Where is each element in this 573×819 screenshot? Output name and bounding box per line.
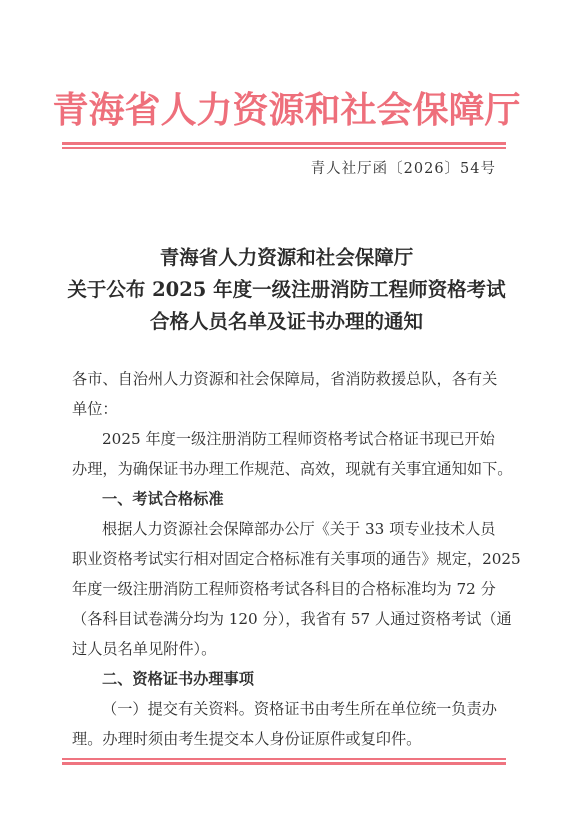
section1-line: 根据人力资源社会保障部办公厅《关于 33 项专业技术人员 xyxy=(72,514,502,544)
section2-line: 理。办理时须由考生提交本人身份证原件或复印件。 xyxy=(72,724,502,754)
footer-rule-thin xyxy=(62,758,506,760)
addressee-line: 单位： xyxy=(72,394,502,424)
document-number: 青人社厅函〔2026〕54号 xyxy=(0,158,496,180)
title-line-2: 关于公布 2025 年度一级注册消防工程师资格考试 xyxy=(0,274,573,306)
section1-line: 过人员名单见附件）。 xyxy=(72,634,502,664)
section1-line: 职业资格考试实行相对固定合格标准有关事项的通告》规定，2025 xyxy=(72,544,502,574)
section-heading-2: 二、资格证书办理事项 xyxy=(72,664,502,694)
addressee-line: 各市、自治州人力资源和社会保障局，省消防救援总队，各有关 xyxy=(72,364,502,394)
section2-line: （一）提交有关资料。资格证书由考生所在单位统一负责办 xyxy=(72,694,502,724)
title-line-3: 合格人员名单及证书办理的通知 xyxy=(0,306,573,338)
letterhead-rule-thick xyxy=(62,142,506,145)
document-title: 青海省人力资源和社会保障厅 关于公布 2025 年度一级注册消防工程师资格考试 … xyxy=(0,242,573,338)
document-body: 各市、自治州人力资源和社会保障局，省消防救援总队，各有关 单位： 2025 年度… xyxy=(72,364,502,754)
intro-paragraph: 2025 年度一级注册消防工程师资格考试合格证书现已开始 办理，为确保证书办理工… xyxy=(72,424,502,484)
title-line-1: 青海省人力资源和社会保障厅 xyxy=(0,242,573,274)
section1-line: 年度一级注册消防工程师资格考试各科目的合格标准均为 72 分 xyxy=(72,574,502,604)
section-heading-1: 一、考试合格标准 xyxy=(72,484,502,514)
letterhead-rule-thin xyxy=(62,147,506,149)
intro-line: 办理，为确保证书办理工作规范、高效，现就有关事宜通知如下。 xyxy=(72,454,502,484)
section1-line: （各科目试卷满分均为 120 分），我省有 57 人通过资格考试（通 xyxy=(72,604,502,634)
letterhead-org-name: 青海省人力资源和社会保障厅 xyxy=(0,86,573,134)
section1-paragraph: 根据人力资源社会保障部办公厅《关于 33 项专业技术人员 职业资格考试实行相对固… xyxy=(72,514,502,664)
section2-item1-paragraph: （一）提交有关资料。资格证书由考生所在单位统一负责办 理。办理时须由考生提交本人… xyxy=(72,694,502,754)
intro-line: 2025 年度一级注册消防工程师资格考试合格证书现已开始 xyxy=(72,424,502,454)
footer-rule-thick xyxy=(62,762,506,765)
addressee-paragraph: 各市、自治州人力资源和社会保障局，省消防救援总队，各有关 单位： xyxy=(72,364,502,424)
